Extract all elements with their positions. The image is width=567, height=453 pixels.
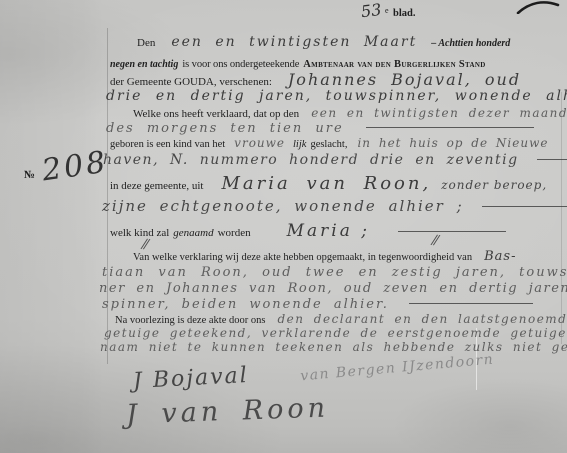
handwritten-date: een en twintigsten Maart [171,34,417,50]
printed-text: in deze gemeente, uit [110,180,203,192]
filler-rule [537,159,567,161]
act-line-8: haven, N. nummero honderd drie en zevent… [103,151,567,169]
handwritten-gender: vrouwe [234,136,285,150]
handwritten-text: drie en dertig jaren, touwspinner, wonen… [106,88,567,104]
handwritten-witness2: ner en Johannes van Roon, oud zeven en d… [99,281,567,296]
page-suffix: blad. [393,8,415,19]
signature-official: van Bergen IJzendoorn [300,352,495,385]
filler-rule [409,303,533,305]
printed-italic: genaamd [173,227,213,239]
form-left-rule [107,28,108,364]
act-line-9: in deze gemeente, uit Maria van Roon, zo… [110,173,547,194]
scanned-birth-certificate: 53 e blad. № 208 Den een en twintigsten … [0,0,567,453]
printed-text: – Achttien honderd [431,38,510,49]
handwritten-text: Bas- [484,249,516,264]
printed-text: Van welke verklaring wij deze akte hebbe… [133,252,472,263]
handwritten-mother-name: Maria van Roon, [221,173,431,194]
handwritten-text: zijne echtgenoote, wonende alhier ; [102,197,464,215]
handwritten-text: zonder beroep, [441,178,547,192]
filler-rule [482,206,567,208]
signature-witness: J van Roon [126,392,330,430]
page-suffix-sup: e [385,6,389,15]
act-line-7: geboren is een kind van het vrouwe lijk … [110,134,548,152]
left-margin-shade [0,0,104,453]
act-line-10: zijne echtgenoote, wonende alhier ; [102,197,567,216]
printed-year-italic: negen en tachtig [110,59,178,70]
hatch-mark-icon: ∕∕ [431,233,437,248]
handwritten-child-name: Maria ; [287,221,370,241]
printed-text: is voor ons ondergeteekende [182,59,299,70]
handwritten-address: haven, N. nummero honderd drie en zevent… [103,152,519,168]
act-line-18: naam niet te kunnen teekenen als hebbend… [100,338,567,356]
printed-italic: lijk [293,139,306,150]
filler-rule [366,127,534,129]
handwritten-text: een en twintigsten dezer maand [311,106,567,120]
printed-text: geslacht, [310,139,347,150]
act-line-11: welk kind zal genaamd worden Maria ; [110,221,506,241]
flourish-mark-icon [514,0,562,14]
printed-text: welk kind zal [110,227,169,239]
handwritten-witness1: tiaan van Roon, oud twee en zestig jaren… [102,265,567,280]
page-number-handwritten: 53 [360,0,383,21]
printed-text: worden [218,227,251,239]
act-line-1: Den een en twintigsten Maart – Achttien … [137,33,510,51]
printed-text: Den [137,37,155,49]
filler-rule [398,231,506,233]
page-edge-rule [561,92,562,344]
act-number-label: № [24,169,35,181]
printed-text: geboren is een kind van het [110,139,225,150]
handwritten-text: in het huis op de Nieuwe [357,136,548,150]
printed-smallcaps: Ambtenaar van den Burgerlijken Stand [303,59,485,70]
signature-declarant: J Bojaval [132,363,249,394]
handwritten-text: naam niet te kunnen teekenen als hebbend… [100,340,567,354]
act-line-4: drie en dertig jaren, touwspinner, wonen… [106,87,567,105]
